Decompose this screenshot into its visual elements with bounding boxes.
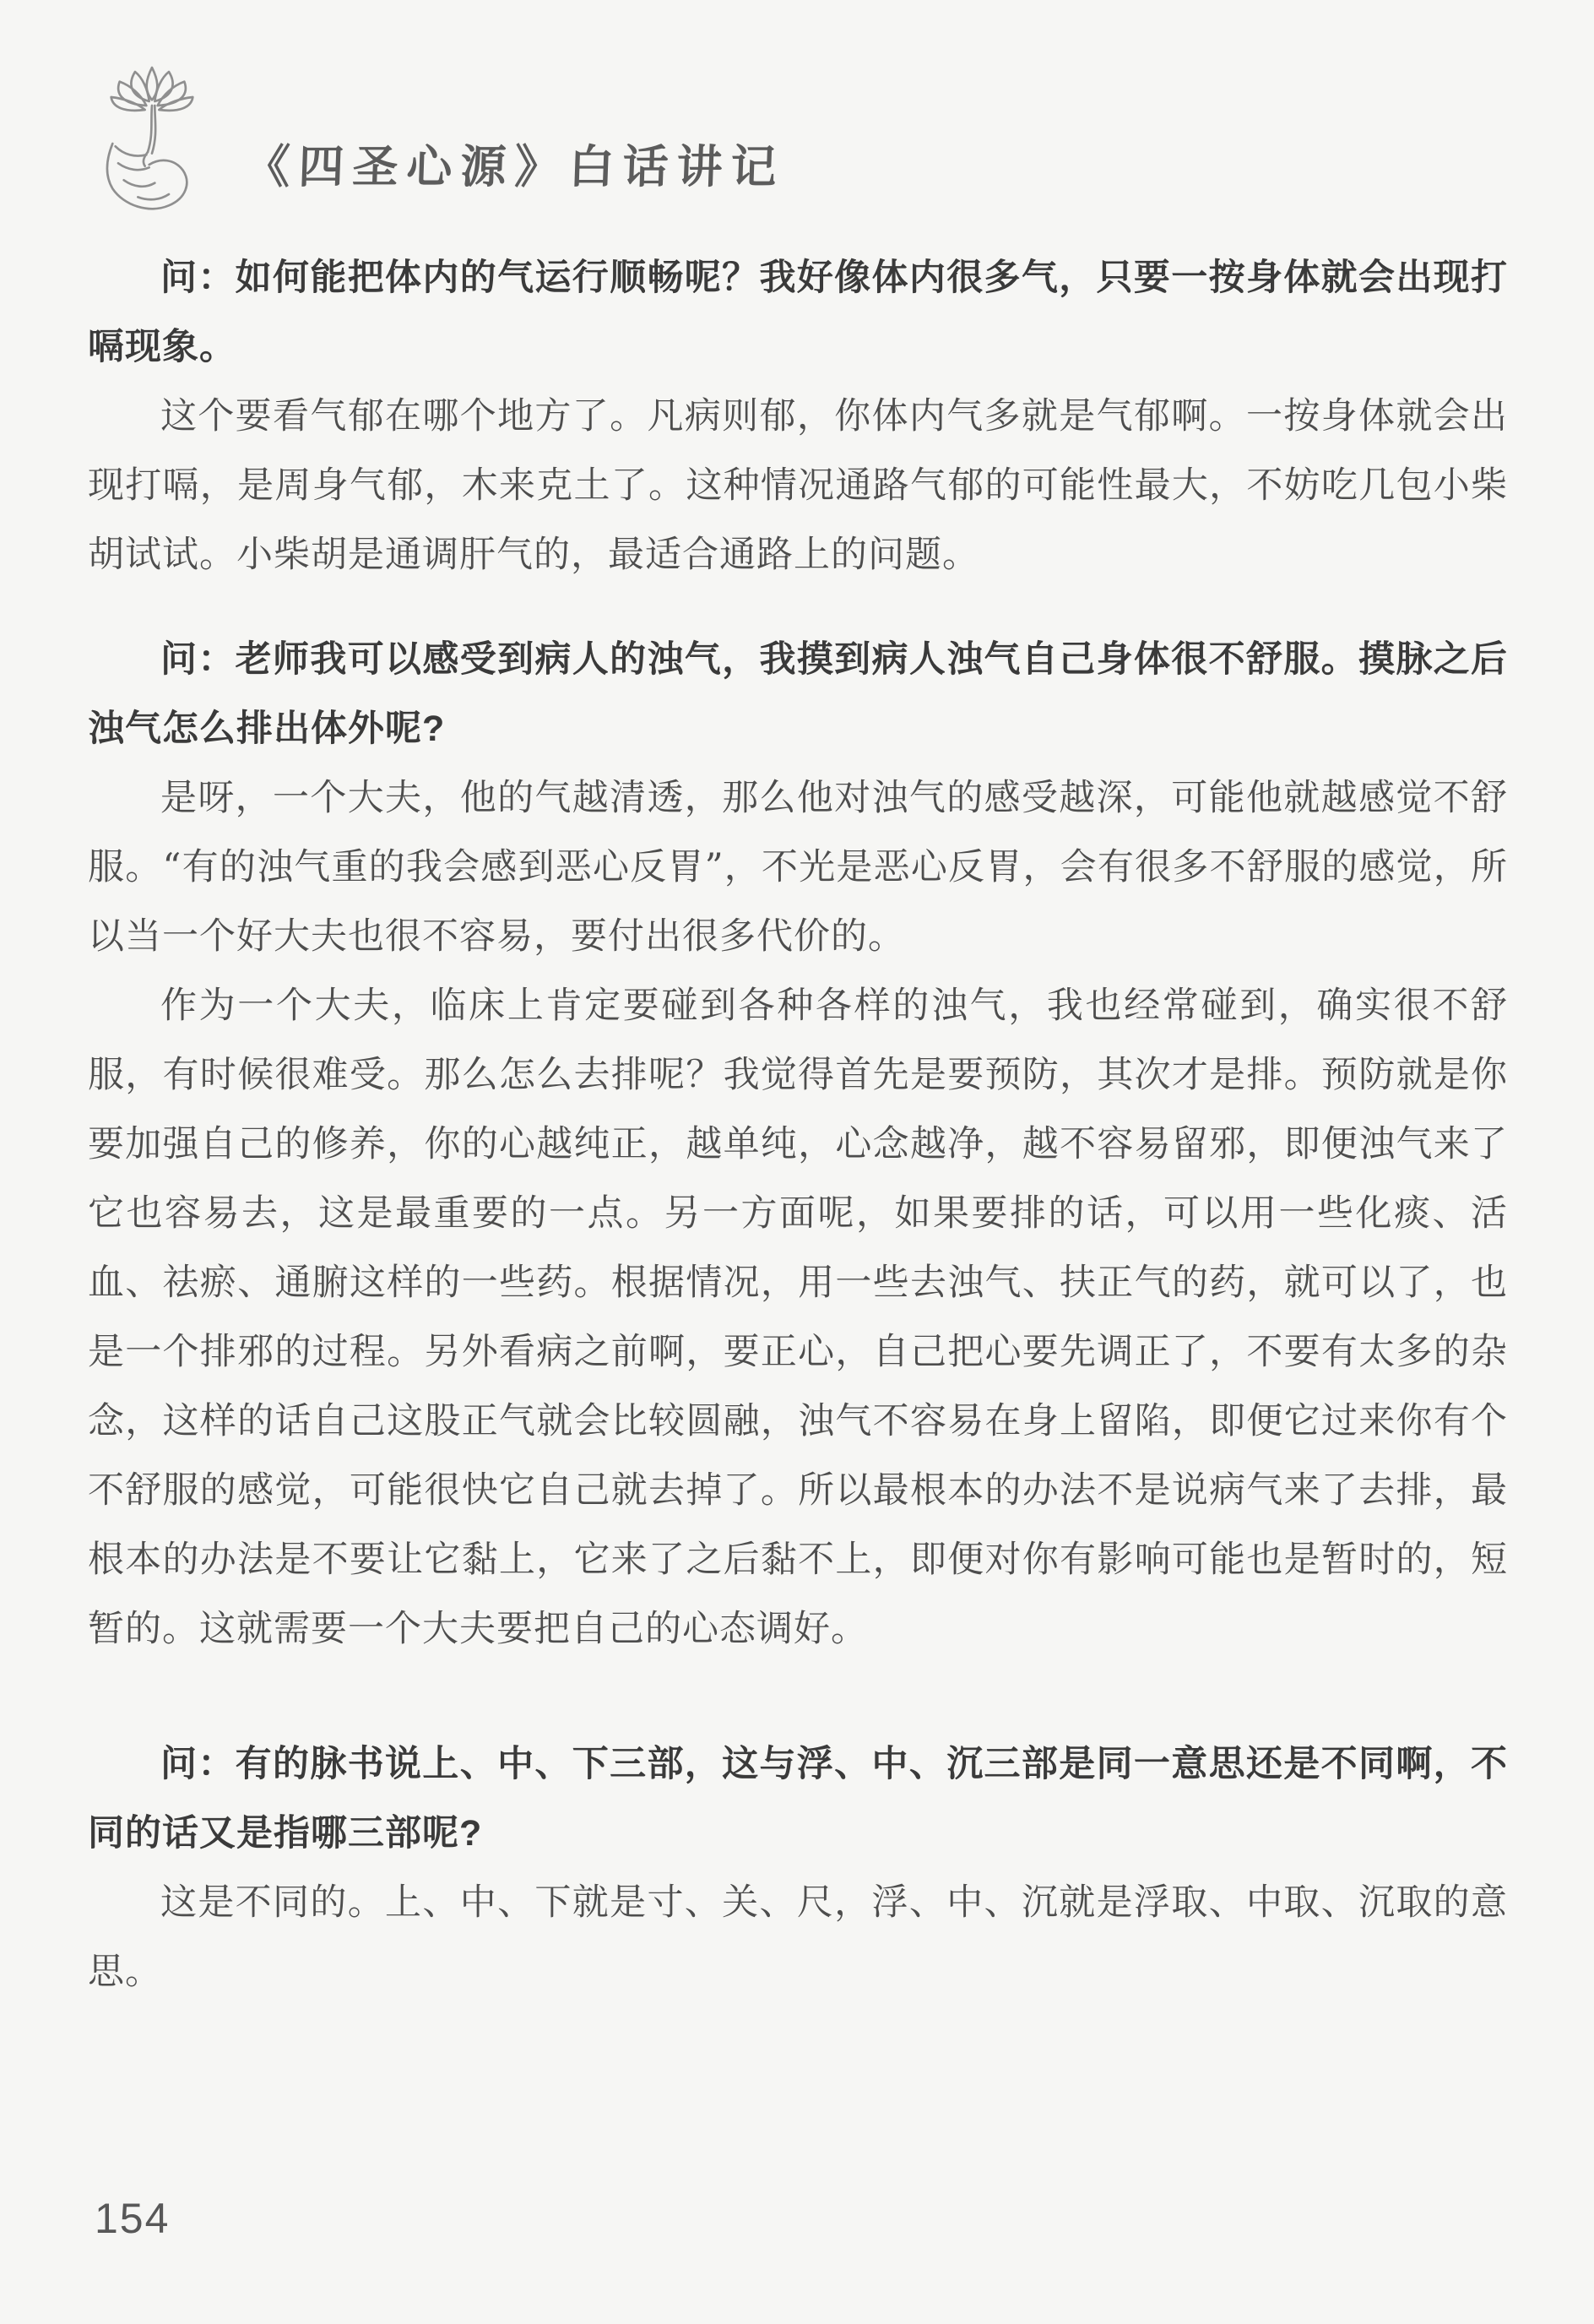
answer-paragraph-3: 作为一个大夫，临床上肯定要碰到各种各样的浊气，我也经常碰到，确实很不舒服，有时候…	[88, 971, 1508, 1664]
book-title: 《四圣心源》白话讲记	[242, 131, 786, 228]
question-paragraph-1: 问：如何能把体内的气运行顺畅呢？我好像体内很多气，只要一按身体就会出现打嗝现象。	[88, 243, 1508, 382]
book-page: 《四圣心源》白话讲记 问：如何能把体内的气运行顺畅呢？我好像体内很多气，只要一按…	[0, 0, 1594, 2324]
page-content: 问：如何能把体内的气运行顺畅呢？我好像体内很多气，只要一按身体就会出现打嗝现象。…	[88, 243, 1508, 2006]
hand-lotus-icon	[80, 59, 224, 228]
page-number: 154	[95, 2194, 170, 2243]
question-paragraph-3: 问：有的脉书说上、中、下三部，这与浮、中、沉三部是同一意思还是不同啊，不同的话又…	[88, 1729, 1508, 1868]
answer-paragraph-2: 是呀，一个大夫，他的气越清透，那么他对浊气的感受越深，可能他就越感觉不舒服。“有…	[88, 763, 1508, 971]
answer-paragraph-1: 这个要看气郁在哪个地方了。凡病则郁，你体内气多就是气郁啊。一按身体就会出现打嗝，…	[88, 382, 1508, 589]
answer-paragraph-4: 这是不同的。上、中、下就是寸、关、尺，浮、中、沉就是浮取、中取、沉取的意思。	[88, 1868, 1508, 2006]
question-paragraph-2: 问：老师我可以感受到病人的浊气，我摸到病人浊气自己身体很不舒服。摸脉之后浊气怎么…	[88, 625, 1508, 763]
page-header: 《四圣心源》白话讲记	[80, 59, 784, 228]
